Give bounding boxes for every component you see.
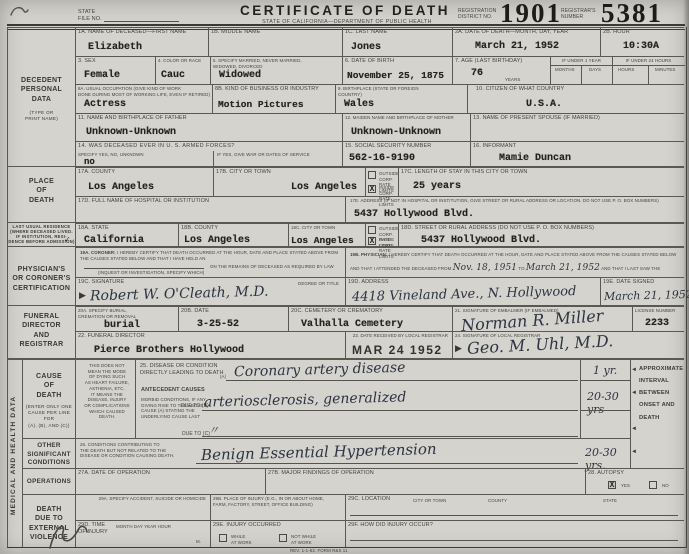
field-18a-value: California	[84, 235, 144, 246]
field-2b-value: 10:30A	[623, 41, 659, 52]
field-26-contributing-conditions: 26. CONDITIONS CONTRIBUTING TO THE DEATH…	[75, 438, 580, 468]
field-19b-attended-to-date: March 21, 1952	[526, 263, 600, 273]
field-15-label: 15. SOCIAL SECURITY NUMBER	[343, 142, 433, 151]
field-6-date-of-birth: 6. DATE OF BIRTH November 25, 1875	[342, 56, 452, 84]
field-7-hours-label: HOURS	[616, 66, 636, 74]
field-8a-usual-occupation: 8A. USUAL OCCUPATION (GIVE KIND OF WORK …	[75, 84, 212, 113]
field-20c-label: 20C. CEMETERY OR CREMATORY	[289, 307, 385, 316]
sidebar-decedent-sublabel: (TYPE OR PRINT NAME)	[8, 110, 75, 122]
field-19b-physician: 19B. PHYSICIAN: I HEREBY CERTIFY THAT DE…	[345, 246, 684, 277]
field-19d-address: 19D. ADDRESS 4418 Vineland Ave., N. Holl…	[345, 277, 600, 305]
field-19a-coroner: 19A. CORONER: I HEREBY CERTIFY THAT DEAT…	[75, 246, 345, 277]
field-10-value: U.S.A.	[526, 99, 562, 110]
field-18c-label: 18C. CITY OR TOWN	[289, 224, 337, 232]
field-14-armed-forces: 14. WAS DECEASED EVER IN U. S. ARMED FOR…	[75, 141, 342, 166]
field-18b-label: 18B. COUNTY	[179, 224, 220, 233]
field-27a-label: 27A. DATE OF OPERATION	[76, 469, 152, 478]
license-number-value: 2233	[645, 318, 669, 329]
field-17a-value: Los Angeles	[88, 182, 154, 193]
field-10-label: 10. CITIZEN OF WHAT COUNTRY	[474, 85, 566, 94]
field-29a-label: 29A. SPECIFY ACCIDENT, SUICIDE OR HOMICI…	[97, 495, 208, 503]
field-20a-value: burial	[104, 320, 140, 331]
field-29a-accident-suicide-homicide: 29A. SPECIFY ACCIDENT, SUICIDE OR HOMICI…	[75, 494, 210, 520]
field-27a-date-of-operation: 27A. DATE OF OPERATION	[75, 468, 265, 494]
field-21-embalmer-signature: 21. SIGNATURE OF EMBALMER (IF EMBALMED) …	[452, 305, 632, 331]
field-15-value: 562-16-9190	[349, 153, 415, 164]
interval-a-value: 1 yr.	[593, 364, 617, 377]
field-29f-label: 29F. HOW DID INJURY OCCUR?	[346, 521, 435, 530]
sidebar-physicians-certification: PHYSICIAN'S OR CORONER'S CERTIFICATION	[7, 246, 75, 305]
field-11-value: Unknown-Unknown	[86, 127, 176, 138]
sidebar-cause-of-death-label: CAUSE OF DEATH	[23, 372, 75, 400]
field-24-registrar-signature: 24. SIGNATURE OF LOCAL REGISTRAR ▶ Geo. …	[452, 331, 684, 358]
field-17b-value: Los Angeles	[291, 182, 357, 193]
field-9-value: Wales	[344, 99, 374, 110]
sidebar-funeral-director: FUNERAL DIRECTOR AND REGISTRAR	[7, 305, 75, 358]
sidebar-cause-of-death: CAUSE OF DEATH (ENTER ONLY ONE CAUSE PER…	[22, 358, 75, 438]
field-7-age: 7. AGE (LAST BIRTHDAY) 76 YEARS	[452, 56, 550, 84]
field-7-under-24-hours: IF UNDER 24 HOURS HOURS MINUTES	[612, 56, 684, 84]
field-13-spouse: 13. NAME OF PRESENT SPOUSE (IF MARRIED)	[470, 113, 684, 141]
field-19a-label: 19A. CORONER:	[80, 250, 116, 255]
field-22-value: Pierce Brothers Hollywood	[94, 345, 244, 356]
field-5-label: 5. SPECIFY MARRIED, NEVER MARRIED, WIDOW…	[211, 57, 304, 70]
field-3-value: Female	[84, 70, 120, 81]
field-18a-label: 18A. STATE	[76, 224, 111, 233]
field-28-autopsy: 28. AUTOPSY X YES NO	[585, 468, 684, 494]
field-12-mother: 12. MAIDEN NAME AND BIRTHPLACE OF MOTHER…	[342, 113, 470, 141]
field-6-value: November 25, 1875	[347, 70, 444, 81]
cause-of-death-note: THIS DOES NOT MEAN THE MODE OF DYING SUC…	[75, 358, 135, 438]
field-25-cause-a-value: Coronary artery disease	[234, 360, 406, 380]
arrow-left-icon: ◄	[631, 390, 637, 396]
field-29d-sub-label: MONTH DAY YEAR HOUR	[114, 523, 173, 531]
field-1a-label: 1A. NAME OF DECEASED—FIRST NAME	[76, 28, 188, 37]
autopsy-yes-checkbox: X	[608, 481, 616, 489]
x-mark: X	[370, 237, 375, 246]
field-14-label: 14. WAS DECEASED EVER IN U. S. ARMED FOR…	[76, 142, 237, 151]
field-9-label: 9. BIRTHPLACE (STATE OR FOREIGN COUNTRY)	[336, 85, 421, 98]
field-7-value: 76	[471, 68, 483, 79]
field-29d-meridiem-label: M.	[194, 538, 203, 546]
field-8a-label: 8A. USUAL OCCUPATION (GIVE KIND OF WORK …	[76, 85, 212, 98]
field-19a-text2: ON THE REMAINS OF DECEASED AS REQUIRED B…	[208, 263, 336, 271]
field-18d-value: 5437 Hollywood Blvd.	[421, 235, 541, 246]
field-29e-label: 29E. INJURY OCCURRED	[211, 521, 283, 530]
sidebar-place-of-death-label: PLACE OF DEATH	[8, 177, 75, 205]
field-27b-label: 27B. MAJOR FINDINGS OF OPERATION	[266, 469, 376, 478]
field-29e-injury-occurred: 29E. INJURY OCCURRED WHILE AT WORK NOT W…	[210, 520, 345, 547]
field-2b-hour: 2B. HOUR 10:30A	[600, 27, 684, 56]
interval-column: 1 yr. 20-30 yrs	[580, 358, 630, 438]
field-7-under-1-year-label: IF UNDER 1 YEAR	[551, 57, 612, 65]
autopsy-yes-label: YES	[619, 482, 632, 490]
field-19e-label: 19E. DATE SIGNED	[601, 278, 656, 287]
page-title: CERTIFICATE OF DEATH	[215, 3, 475, 18]
field-16-label: 16. INFORMANT	[471, 142, 518, 151]
sidebar-operations: OPERATIONS	[22, 468, 75, 494]
field-9-birthplace: 9. BIRTHPLACE (STATE OR FOREIGN COUNTRY)…	[335, 84, 467, 113]
arrow-left-icon: ◄	[631, 449, 637, 455]
field-16-value: Mamie Duncan	[499, 153, 571, 164]
cause-c-line	[202, 436, 578, 437]
interval-b-value: 20-30 yrs	[587, 390, 630, 416]
field-13-label: 13. NAME OF PRESENT SPOUSE (IF MARRIED)	[471, 114, 602, 123]
field-8b-label: 8B. KIND OF BUSINESS OR INDUSTRY	[213, 85, 321, 94]
outside-corp-checkbox	[368, 171, 376, 179]
field-18a-state: 18A. STATE California	[75, 222, 178, 246]
field-25-label: 25. DISEASE OR CONDITION DIRECTLY LEADIN…	[138, 362, 226, 378]
cause-a-line	[226, 380, 578, 381]
field-18c-city-or-town: 18C. CITY OR TOWN Los Angeles	[288, 222, 365, 246]
divider	[581, 65, 582, 85]
autopsy-no-label: NO	[660, 482, 671, 490]
field-18c-rate-limits-checkboxes: OUTSIDE CORP. RATE LIMITS X INSIDE CORP.…	[365, 222, 398, 246]
field-12-label: 12. MAIDEN NAME AND BIRTHPLACE OF MOTHER	[343, 114, 456, 122]
field-17d-hospital: 17D. FULL NAME OF HOSPITAL OR INSTITUTIO…	[75, 196, 345, 222]
field-19c-label: 19C. SIGNATURE	[76, 278, 126, 287]
field-1a-value: Elizabeth	[88, 42, 142, 53]
field-18b-county: 18B. COUNTY Los Angeles	[178, 222, 288, 246]
field-7-label: 7. AGE (LAST BIRTHDAY)	[453, 57, 524, 66]
field-17a-label: 17A. COUNTY	[76, 168, 117, 177]
handwritten-mark-icon	[9, 4, 29, 18]
field-22-label: 22. FUNERAL DIRECTOR	[76, 332, 147, 341]
field-1b-label: 1B. MIDDLE NAME	[209, 28, 262, 37]
field-19c-signature-value: Robert W. O'Cleath, M.D.	[90, 284, 269, 305]
state-file-blank-line	[104, 21, 179, 22]
field-20b-label: 20B. DATE	[179, 307, 211, 316]
field-22-funeral-director: 22. FUNERAL DIRECTOR Pierce Brothers Hol…	[75, 331, 345, 358]
field-12-value: Unknown-Unknown	[351, 127, 441, 138]
field-26-interval: 20-30 yrs.	[580, 438, 630, 468]
field-20b-value: 3-25-52	[197, 319, 239, 330]
field-29c-state-label: STATE	[601, 497, 619, 505]
field-2a-value: March 21, 1952	[475, 41, 559, 52]
field-14-if-yes-label: IF YES, GIVE WAR OR DATES OF SERVICE	[215, 151, 312, 159]
field-26-value: Benign Essential Hypertension	[201, 440, 437, 464]
interval-line	[581, 410, 631, 411]
while-at-work-label: WHILE AT WORK	[229, 533, 254, 546]
field-17b-rate-limits-checkboxes: OUTSIDE CORP. RATE LIMITS X INSIDE CORP.…	[365, 166, 398, 196]
field-17e-label: 17E. ADDRESS (IF NOT IN HOSPITAL OR INST…	[348, 197, 682, 205]
field-27b-major-findings: 27B. MAJOR FINDINGS OF OPERATION	[265, 468, 585, 494]
date-received-stamp: MAR 24 1952	[352, 343, 443, 357]
sidebar-last-usual-residence: LAST USUAL RESIDENCE (WHERE DECEASED LIV…	[7, 222, 75, 246]
not-while-at-work-label: NOT WHILE AT WORK	[289, 533, 318, 546]
signature-pointer-icon: ▶	[455, 343, 462, 354]
field-17e-address: 17E. ADDRESS (IF NOT IN HOSPITAL OR INST…	[345, 196, 684, 222]
sidebar-operations-label: OPERATIONS	[23, 478, 75, 487]
field-11-father: 11. NAME AND BIRTHPLACE OF FATHER Unknow…	[75, 113, 342, 141]
sidebar-decedent-label: DECEDENT PERSONAL DATA	[8, 76, 75, 104]
field-3-label: 3. SEX	[76, 57, 98, 66]
sidebar-medical-health-data: MEDICAL AND HEALTH DATA	[7, 358, 22, 547]
registration-district-label: REGISTRATION DISTRICT NO.	[456, 7, 498, 22]
field-17b-label: 17B. CITY OR TOWN	[214, 168, 273, 177]
field-17c-length-of-stay: 17C. LENGTH OF STAY IN THIS CITY OR TOWN…	[398, 166, 684, 196]
field-29f-how-injury-occurred: 29F. HOW DID INJURY OCCUR?	[345, 520, 684, 547]
field-26-label: 26. CONDITIONS CONTRIBUTING TO THE DEATH…	[78, 441, 176, 460]
field-1a-first-name: 1A. NAME OF DECEASED—FIRST NAME Elizabet…	[75, 27, 208, 56]
divider	[648, 65, 649, 85]
field-29b-place-of-injury: 29B. PLACE OF INJURY (E.G., IN OR ABOUT …	[210, 494, 345, 520]
field-18d-street-address: 18D. STREET OR RURAL ADDRESS (DO NOT USE…	[398, 222, 684, 246]
field-7-years-label: YEARS	[503, 76, 522, 84]
sidebar-decedent-personal-data: DECEDENT PERSONAL DATA (TYPE OR PRINT NA…	[7, 27, 75, 166]
field-1c-value: Jones	[351, 42, 381, 53]
handwritten-scrawl-icon	[46, 518, 90, 552]
field-19b-text1: I HEREBY CERTIFY THAT DEATH OCCURRED AT …	[389, 252, 610, 257]
field-8b-kind-of-business: 8B. KIND OF BUSINESS OR INDUSTRY Motion …	[212, 84, 335, 113]
field-23-label: 23. DATE RECEIVED BY LOCAL REGISTRAR	[351, 332, 450, 340]
antecedent-causes-label: ANTECEDENT CAUSES	[139, 386, 207, 395]
field-29c-line	[350, 515, 678, 516]
x-mark: X	[370, 185, 375, 194]
autopsy-no-checkbox	[649, 481, 657, 489]
while-at-work-checkbox	[219, 534, 227, 542]
form-number-footer: REV. 1-1-52. FORM R&S 11	[288, 547, 350, 554]
field-17c-label: 17C. LENGTH OF STAY IN THIS CITY OR TOWN	[399, 168, 529, 177]
field-19e-value: March 21, 1952	[604, 288, 689, 303]
field-19a-text1: I HEREBY CERTIFY THAT DEATH OCCURRED AT …	[80, 250, 338, 261]
field-15-social-security: 15. SOCIAL SECURITY NUMBER 562-16-9190	[342, 141, 470, 166]
death-certificate-page: STATE FILE NO. CERTIFICATE OF DEATH STAT…	[0, 0, 689, 554]
field-16-informant: 16. INFORMANT Mamie Duncan	[470, 141, 684, 166]
field-29c-label: 29C. LOCATION	[346, 495, 392, 504]
sidebar-funeral-director-label: FUNERAL DIRECTOR AND REGISTRAR	[8, 312, 75, 350]
field-7-months-label: MONTHS	[553, 66, 577, 74]
checkmark-icon: ✓	[64, 235, 71, 244]
field-20b-date: 20B. DATE 3-25-52	[178, 305, 288, 331]
field-5-value: Widowed	[219, 70, 261, 81]
field-7-under-1-year: IF UNDER 1 YEAR MONTHS DAYS	[550, 56, 612, 84]
field-17a-county: 17A. COUNTY Los Angeles	[75, 166, 213, 196]
field-1b-middle-name: 1B. MIDDLE NAME	[208, 27, 342, 56]
field-5-marital-status: 5. SPECIFY MARRIED, NEVER MARRIED, WIDOW…	[210, 56, 342, 84]
arrow-left-icon: ◄	[631, 367, 637, 373]
field-21-license-number: LICENSE NUMBER 2233	[632, 305, 684, 331]
field-20c-cemetery: 20C. CEMETERY OR CREMATORY Valhalla Ceme…	[288, 305, 452, 331]
field-17b-city-or-town: 17B. CITY OR TOWN Los Angeles	[213, 166, 365, 196]
field-20a-burial: 20A. SPECIFY BURIAL, CREMATION OR REMOVA…	[75, 305, 178, 331]
license-number-label: LICENSE NUMBER	[633, 307, 677, 315]
field-8b-value: Motion Pictures	[218, 99, 304, 110]
cause-of-death-note-text: THIS DOES NOT MEAN THE MODE OF DYING SUC…	[79, 362, 135, 421]
field-2b-label: 2B. HOUR	[601, 28, 632, 37]
field-10-citizen-of-country: 10. CITIZEN OF WHAT COUNTRY U.S.A.	[467, 84, 684, 113]
sidebar-other-significant-conditions-label: OTHER SIGNIFICANT CONDITIONS	[23, 442, 75, 468]
cause-b-line	[202, 410, 578, 411]
field-29b-label: 29B. PLACE OF INJURY (E.G., IN OR ABOUT …	[211, 495, 326, 508]
sidebar-medical-health-data-label: MEDICAL AND HEALTH DATA	[10, 368, 17, 543]
field-2a-label: 2A. DATE OF DEATH—MONTH, DAY, YEAR	[453, 28, 570, 37]
arrow-left-icon: ◄	[631, 426, 637, 432]
field-29d-time-of-injury: 29D. TIME OF INJURY MONTH DAY YEAR HOUR …	[75, 520, 210, 547]
field-26-line	[196, 463, 578, 464]
field-4-color-or-race: 4. COLOR OR RACE Cauc	[155, 56, 210, 84]
field-7-minutes-label: MINUTES	[653, 66, 677, 74]
divider	[213, 151, 214, 167]
not-while-at-work-checkbox	[279, 534, 287, 542]
field-29c-city-label: CITY OR TOWN	[411, 497, 448, 505]
field-20c-value: Valhalla Cemetery	[301, 319, 403, 330]
field-19d-label: 19D. ADDRESS	[346, 278, 391, 287]
field-18b-value: Los Angeles	[184, 235, 250, 246]
field-2a-date-of-death: 2A. DATE OF DEATH—MONTH, DAY, YEAR March…	[452, 27, 600, 56]
outside-corp-checkbox	[368, 226, 376, 234]
registrars-number-label: REGISTRAR'S NUMBER	[559, 7, 598, 22]
x-mark: X	[610, 481, 615, 490]
field-29c-location: 29C. LOCATION CITY OR TOWN COUNTY STATE	[345, 494, 684, 520]
field-19b-attended-from-date: Nov. 18, 1951	[453, 263, 517, 273]
field-19a-sublabel: (INQUEST OR INVESTIGATION, SPECIFY WHICH…	[96, 269, 206, 277]
interval-label-column: APPROXIMATE INTERVAL BETWEEN ONSET AND D…	[630, 358, 684, 468]
field-6-label: 6. DATE OF BIRTH	[343, 57, 396, 66]
field-20a-label: 20A. SPECIFY BURIAL, CREMATION OR REMOVA…	[76, 307, 138, 320]
field-19b-label: 19B. PHYSICIAN:	[350, 252, 387, 257]
field-23-date-received: 23. DATE RECEIVED BY LOCAL REGISTRAR MAR…	[345, 331, 452, 358]
interval-line	[581, 380, 631, 381]
state-file-label: STATE FILE NO.	[76, 8, 104, 24]
approximate-interval-label: APPROXIMATE INTERVAL BETWEEN ONSET AND D…	[639, 366, 683, 421]
sidebar-other-significant-conditions: OTHER SIGNIFICANT CONDITIONS	[22, 438, 75, 468]
field-1c-label: 1C. LAST NAME	[343, 28, 389, 37]
field-28-label: 28. AUTOPSY	[586, 469, 626, 478]
sidebar-physicians-certification-label: PHYSICIAN'S OR CORONER'S CERTIFICATION	[8, 265, 75, 293]
field-17c-value: 25 years	[413, 181, 461, 192]
field-4-label: 4. COLOR OR RACE	[156, 57, 203, 65]
field-29c-county-label: COUNTY	[486, 497, 509, 505]
field-17e-value: 5437 Hollywood Blvd.	[354, 209, 474, 220]
field-7-under-24-hours-label: IF UNDER 24 HOURS	[613, 57, 684, 65]
field-11-label: 11. NAME AND BIRTHPLACE OF FATHER	[76, 114, 189, 123]
inside-corp-checkbox: X	[368, 237, 376, 245]
field-19d-value: 4418 Vineland Ave., N. Hollywood	[352, 284, 577, 305]
field-19b-text3: TO	[518, 266, 524, 271]
field-29f-line	[350, 540, 678, 541]
field-7-days-label: DAYS	[587, 66, 603, 74]
sidebar-cause-of-death-sublabel: (ENTER ONLY ONE CAUSE PER LINE FOR (A), …	[23, 404, 75, 429]
field-25-cause-of-death: 25. DISEASE OR CONDITION DIRECTLY LEADIN…	[135, 358, 580, 438]
sidebar-place-of-death: PLACE OF DEATH	[7, 166, 75, 222]
field-19c-signature: 19C. SIGNATURE DEGREE OR TITLE ▶ Robert …	[75, 277, 345, 305]
inside-corp-checkbox: X	[368, 185, 376, 193]
field-17d-label: 17D. FULL NAME OF HOSPITAL OR INSTITUTIO…	[76, 197, 211, 206]
field-18c-value: Los Angeles	[291, 235, 354, 246]
field-4-value: Cauc	[161, 70, 185, 81]
field-18d-label: 18D. STREET OR RURAL ADDRESS (DO NOT USE…	[399, 224, 596, 233]
field-1c-last-name: 1C. LAST NAME Jones	[342, 27, 452, 56]
field-25-cause-b-value: arteriosclerosis, generalized	[204, 389, 407, 410]
field-19c-degree-label: DEGREE OR TITLE	[296, 280, 341, 288]
field-3-sex: 3. SEX Female	[75, 56, 155, 84]
signature-pointer-icon: ▶	[79, 290, 86, 301]
field-19e-date-signed: 19E. DATE SIGNED March 21, 1952	[600, 277, 684, 305]
field-8a-value: Actress	[84, 99, 126, 110]
